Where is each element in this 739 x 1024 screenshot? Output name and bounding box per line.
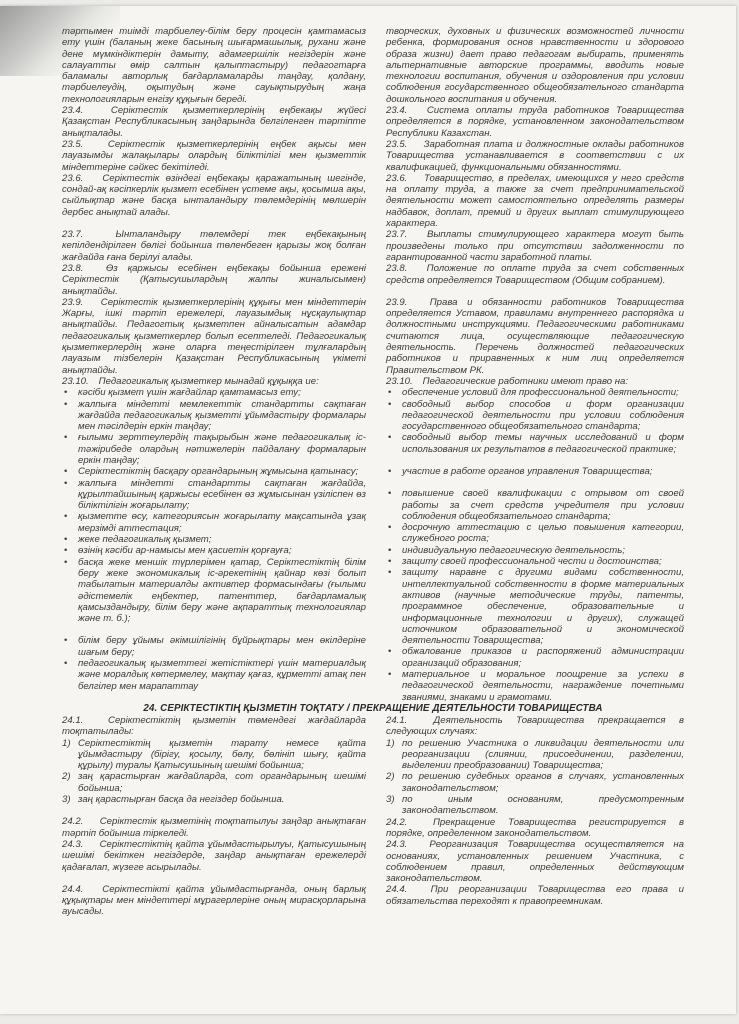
list-item: өзінің кәсіби ар-намысы мен қасиетін қор…	[62, 545, 366, 556]
list-item: 3)заң қарастырған басқа да негіздер бойы…	[62, 794, 366, 805]
list-item: 3)по иным основаниям, предусмотренным за…	[386, 794, 684, 817]
ru-clause-23-6: 23.6. Товарищество, в пределах, имеющихс…	[386, 173, 684, 229]
ru-clause-24-4: 24.4. При реорганизации Товарищества его…	[386, 884, 684, 907]
kz-clause-23-8: 23.8. Өз қаржысы есебінен еңбекақы бойын…	[62, 263, 366, 297]
ru-termination-list: 1)по решению Участника о ликвидации деят…	[386, 738, 684, 817]
list-item: ғылыми зерттеулердің тақырыбын және педа…	[62, 432, 366, 466]
list-item: обеспечение условий для профессиональной…	[386, 387, 684, 398]
kz-clause-24-3: 24.3. Серіктестіктің қайта ұйымдастырылу…	[62, 839, 366, 873]
list-item: защиту своей профессиональной чести и до…	[386, 556, 684, 567]
kazakh-column-top: тәртымен тиімді тарбиелеу-білім беру про…	[62, 26, 366, 692]
list-item: жеке педагогикалық қызмет;	[62, 534, 366, 545]
list-item: материальное и моральное поощрение за ус…	[386, 669, 684, 703]
kz-termination-list: 1)Серіктестіктің қызметін тарату немесе …	[62, 738, 366, 806]
list-item: повышение своей квалификации с отрывом о…	[386, 488, 684, 522]
list-item: обжалование приказов и распоряжений адми…	[386, 646, 684, 669]
list-item: 2)по решению судебных органов в случаях,…	[386, 771, 684, 794]
list-item: защиту наравне с другими видами собствен…	[386, 567, 684, 646]
list-item: жалпыға міндетті стандартты сақтаған жағ…	[62, 478, 366, 512]
list-item: индивидуальную педагогическую деятельнос…	[386, 545, 684, 556]
ru-clause-23-10: 23.10. Педагогические работники имеют пр…	[386, 376, 684, 387]
ru-clause-23-4: 23.4. Система оплаты труда работников То…	[386, 105, 684, 139]
kz-clause-23-9: 23.9. Серіктестік қызметкерлерінің құқығ…	[62, 297, 366, 376]
russian-column-bottom: 24.1. Деятельность Товарищества прекраща…	[386, 715, 684, 907]
kazakh-column-bottom: 24.1. Серіктестіктің қызметін төмендегі …	[62, 715, 366, 918]
list-item: участие в работе органов управления Това…	[386, 466, 684, 477]
kz-clause-23-5: 23.5. Серіктестік қызметкерлерінің еңбек…	[62, 139, 366, 173]
ru-clause-24-3: 24.3. Реорганизация Товарищества осущест…	[386, 839, 684, 884]
kz-clause-24-2: 24.2. Серіктестік қызметінің тоқтатылуы …	[62, 816, 366, 839]
russian-column-top: творческих, духовных и физических возмож…	[386, 26, 684, 703]
list-item: 2)заң қарастырған жағдайларда, сот орган…	[62, 771, 366, 794]
ru-clause-23-9: 23.9. Права и обязанности работников Тов…	[386, 297, 684, 376]
ru-clause-23-7: 23.7. Выплаты стимулирующего характера м…	[386, 229, 684, 263]
kz-intro: тәртымен тиімді тарбиелеу-білім беру про…	[62, 26, 366, 105]
list-item: свободный выбор темы научных исследовани…	[386, 432, 684, 455]
list-item: свободный выбор способов и форм организа…	[386, 399, 684, 433]
kz-clause-24-4: 24.4. Серіктестікті қайта ұйымдастырғанд…	[62, 884, 366, 918]
kz-clause-23-6: 23.6. Серіктестік өзіндегі еңбекақы қара…	[62, 173, 366, 218]
ru-clause-24-1: 24.1. Деятельность Товарищества прекраща…	[386, 715, 684, 738]
list-item: білім беру ұйымы әкімшілігінің бұйрықтар…	[62, 635, 366, 658]
list-item: басқа жеке меншік түрлерімен қатар, Сері…	[62, 557, 366, 625]
kz-rights-list: кәсіби қызмет үшін жағдайлар қамтамасыз …	[62, 387, 366, 692]
kz-clause-24-1: 24.1. Серіктестіктің қызметін төмендегі …	[62, 715, 366, 738]
ru-rights-list: обеспечение условий для профессиональной…	[386, 387, 684, 703]
ru-intro: творческих, духовных и физических возмож…	[386, 26, 684, 105]
ru-clause-23-8: 23.8. Положение по оплате труда за счет …	[386, 263, 684, 286]
list-item: 1)по решению Участника о ликвидации деят…	[386, 738, 684, 772]
document-page: тәртымен тиімді тарбиелеу-білім беру про…	[0, 6, 736, 1014]
list-item: Серіктестіктің басқару органдарының жұмы…	[62, 466, 366, 477]
list-item: 1)Серіктестіктің қызметін тарату немесе …	[62, 738, 366, 772]
list-item: жалпыға міндетті мемлекеттік стандартты …	[62, 399, 366, 433]
list-item: педагогикалық қызметтегі жетістіктері үш…	[62, 658, 366, 692]
list-item: кәсіби қызмет үшін жағдайлар қамтамасыз …	[62, 387, 366, 398]
list-item: қызметте өсу, категориясын жоғарылату ма…	[62, 511, 366, 534]
kz-clause-23-7: 23.7. Ынталандыру төлемдері тек еңбекақы…	[62, 229, 366, 263]
ru-clause-23-5: 23.5. Заработная плата и должностные окл…	[386, 139, 684, 173]
list-item: досрочную аттестацию с целью повышения к…	[386, 522, 684, 545]
section-heading: 24. СЕРІКТЕСТІКТІҢ ҚЫЗМЕТІН ТОҚТАТУ / ПР…	[62, 703, 684, 714]
kz-clause-23-10: 23.10. Педагогикалық қызметкер мынадай қ…	[62, 376, 366, 387]
ru-clause-24-2: 24.2. Прекращение Товарищества регистрир…	[386, 817, 684, 840]
kz-clause-23-4: 23.4. Серіктестік қызметкерлерінің еңбек…	[62, 105, 366, 139]
